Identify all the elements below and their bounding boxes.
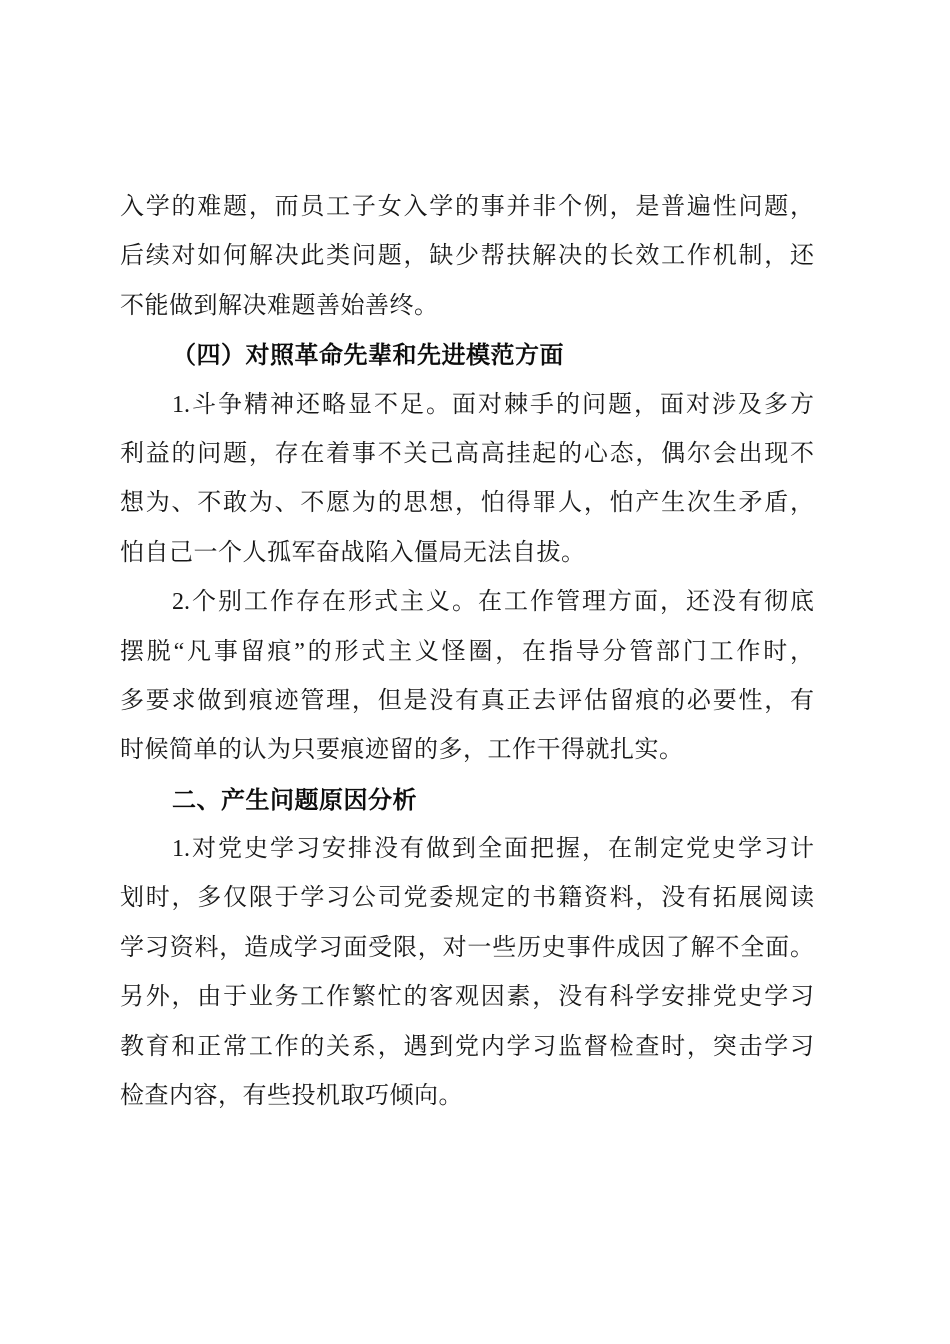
body-text-line: 入学的难题，而员工子女入学的事并非个例，是普遍性问题， xyxy=(120,183,814,232)
document-page: 入学的难题，而员工子女入学的事并非个例，是普遍性问题，后续对如何解决此类问题，缺… xyxy=(0,0,950,1344)
body-text-line: 摆脱“凡事留痕”的形式主义怪圈，在指导分管部门工作时， xyxy=(120,628,814,677)
heading-line: （四）对照革命先辈和先进模范方面 xyxy=(120,331,814,380)
body-text-line: 教育和正常工作的关系，遇到党内学习监督检查时，突击学习 xyxy=(120,1023,814,1072)
body-text-line: 2.个别工作存在形式主义。在工作管理方面，还没有彻底 xyxy=(120,578,814,627)
body-text-line: 学习资料，造成学习面受限，对一些历史事件成因了解不全面。 xyxy=(120,924,814,973)
body-text-line: 另外，由于业务工作繁忙的客观因素，没有科学安排党史学习 xyxy=(120,973,814,1022)
document-text-block: 入学的难题，而员工子女入学的事并非个例，是普遍性问题，后续对如何解决此类问题，缺… xyxy=(120,183,814,1121)
body-text-line: 想为、不敢为、不愿为的思想，怕得罪人，怕产生次生矛盾， xyxy=(120,479,814,528)
body-text-line: 利益的问题，存在着事不关己高高挂起的心态，偶尔会出现不 xyxy=(120,430,814,479)
body-text-line: 1.对党史学习安排没有做到全面把握，在制定党史学习计 xyxy=(120,825,814,874)
heading-line: 二、产生问题原因分析 xyxy=(120,776,814,825)
body-text-line: 1.斗争精神还略显不足。面对棘手的问题，面对涉及多方 xyxy=(120,381,814,430)
body-text-line: 时候简单的认为只要痕迹留的多，工作干得就扎实。 xyxy=(120,726,814,775)
body-text-line: 怕自己一个人孤军奋战陷入僵局无法自拔。 xyxy=(120,529,814,578)
body-text-line: 后续对如何解决此类问题，缺少帮扶解决的长效工作机制，还 xyxy=(120,232,814,281)
body-text-line: 不能做到解决难题善始善终。 xyxy=(120,282,814,331)
body-text-line: 检查内容，有些投机取巧倾向。 xyxy=(120,1072,814,1121)
body-text-line: 划时，多仅限于学习公司党委规定的书籍资料，没有拓展阅读 xyxy=(120,874,814,923)
body-text-line: 多要求做到痕迹管理，但是没有真正去评估留痕的必要性，有 xyxy=(120,677,814,726)
